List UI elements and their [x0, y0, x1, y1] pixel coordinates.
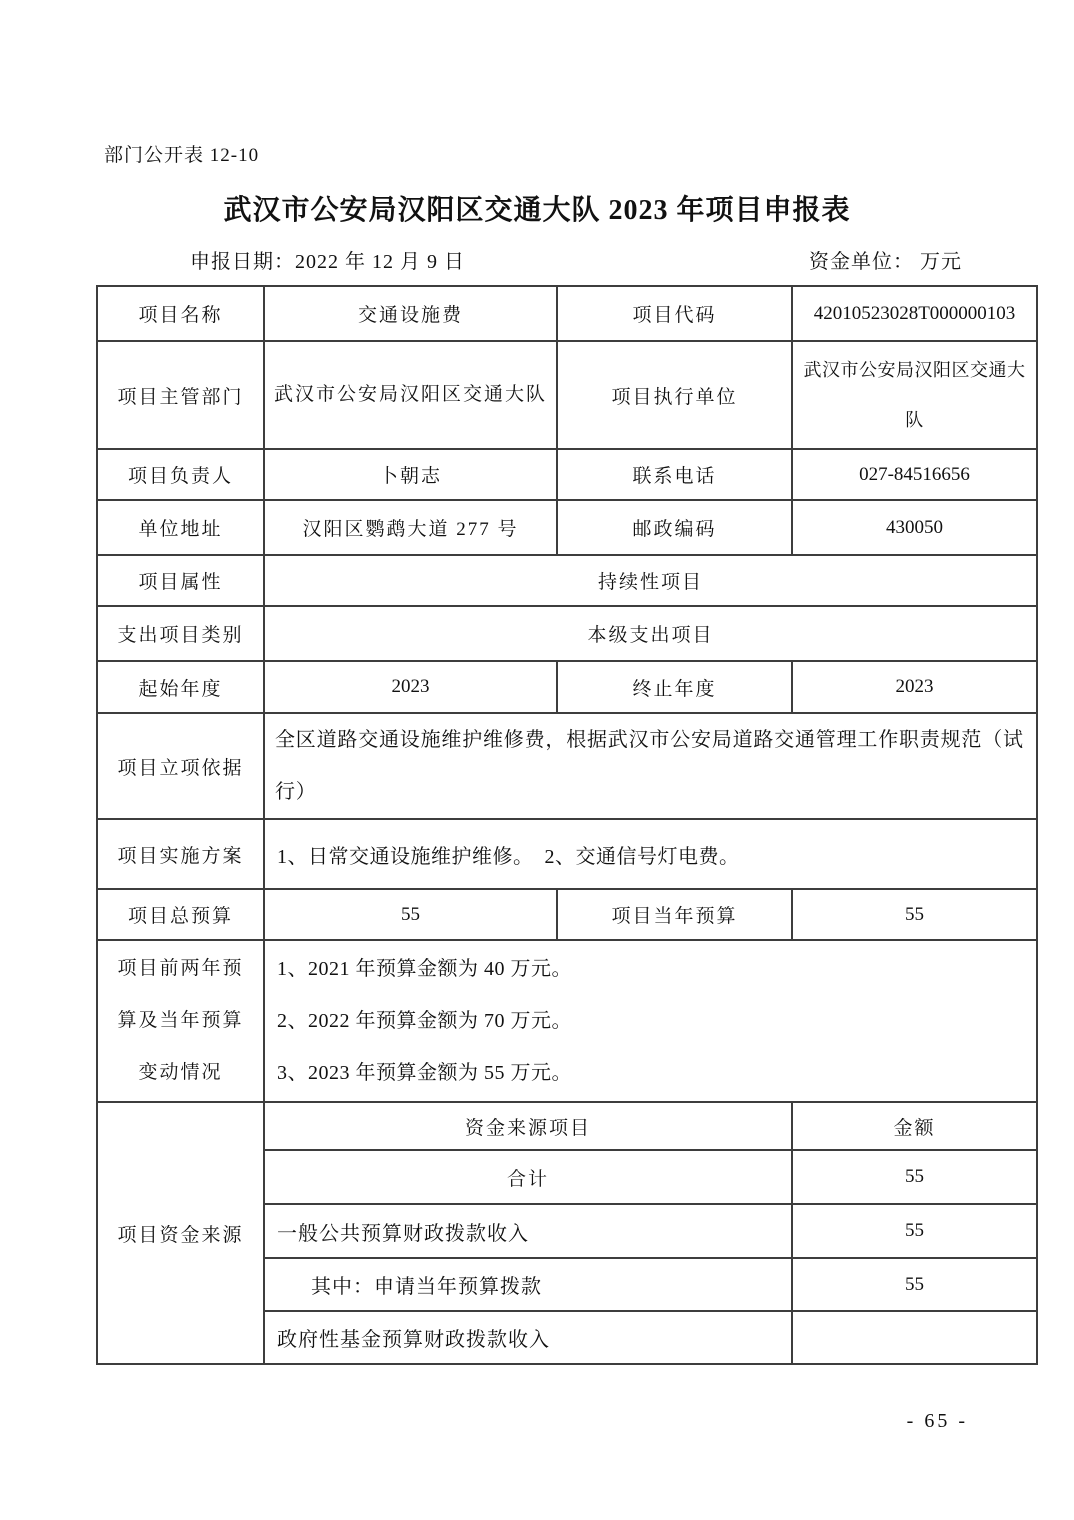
row-attribute: 项目属性 持续性项目	[97, 555, 1037, 606]
row-budget: 项目总预算 55 项目当年预算 55	[97, 889, 1037, 940]
project-application-table: 项目名称 交通设施费 项目代码 42010523028T000000103 项目…	[96, 285, 1038, 1365]
plan-value-cell: 1、日常交通设施维护维修。 2、交通信号灯电费。	[264, 819, 1037, 889]
address-label-cell: 单位地址	[97, 500, 264, 555]
supervisor-dept-value-cell: 武汉市公安局汉阳区交通大队	[264, 341, 557, 449]
current-budget-label-cell: 项目当年预算	[557, 889, 792, 940]
funding-source-label-cell: 项目资金来源	[97, 1102, 264, 1364]
row-expense-type: 支出项目类别 本级支出项目	[97, 606, 1037, 661]
row-years: 起始年度 2023 终止年度 2023	[97, 661, 1037, 713]
attribute-label-cell: 项目属性	[97, 555, 264, 606]
expense-type-label-cell: 支出项目类别	[97, 606, 264, 661]
declare-date-label: 申报日期：2022 年 12 月 9 日	[190, 245, 465, 274]
postcode-label-cell: 邮政编码	[557, 500, 792, 555]
funding-current-year-amount-cell: 55	[792, 1258, 1037, 1311]
funding-total-amount-cell: 55	[792, 1150, 1037, 1204]
funding-col-amount-header-cell: 金额	[792, 1102, 1037, 1150]
start-year-value-cell: 2023	[264, 661, 557, 713]
row-funding-header: 项目资金来源 资金来源项目 金额	[97, 1102, 1037, 1150]
budget-history-line: 2、2022 年预算金额为 70 万元。	[277, 995, 1024, 1047]
funding-general-source-cell: 一般公共预算财政拨款收入	[264, 1204, 792, 1258]
budget-history-line: 1、2021 年预算金额为 40 万元。	[277, 943, 1024, 995]
budget-history-label-line: 项目前两年预	[104, 943, 257, 995]
budget-history-label-line: 算及当年预算	[104, 995, 257, 1047]
funding-general-amount-cell: 55	[792, 1204, 1037, 1258]
executing-unit-label-cell: 项目执行单位	[557, 341, 792, 449]
funding-current-year-source-cell: 其中：申请当年预算拨款	[264, 1258, 792, 1311]
budget-history-value-cell: 1、2021 年预算金额为 40 万元。 2、2022 年预算金额为 70 万元…	[264, 940, 1037, 1102]
budget-history-label-cell: 项目前两年预 算及当年预算 变动情况	[97, 940, 264, 1102]
row-leader: 项目负责人 卜朝志 联系电话 027-84516656	[97, 449, 1037, 500]
plan-label-cell: 项目实施方案	[97, 819, 264, 889]
phone-value-cell: 027-84516656	[792, 449, 1037, 500]
doc-number-label: 部门公开表 12-10	[104, 140, 259, 167]
total-budget-value-cell: 55	[264, 889, 557, 940]
budget-history-label-line: 变动情况	[104, 1047, 257, 1099]
row-supervisor-dept: 项目主管部门 武汉市公安局汉阳区交通大队 项目执行单位 武汉市公安局汉阳区交通大…	[97, 341, 1037, 449]
basis-label-cell: 项目立项依据	[97, 713, 264, 819]
row-project-name: 项目名称 交通设施费 项目代码 42010523028T000000103	[97, 286, 1037, 341]
total-budget-label-cell: 项目总预算	[97, 889, 264, 940]
project-code-value-cell: 42010523028T000000103	[792, 286, 1037, 341]
basis-value-cell: 全区道路交通设施维护维修费，根据武汉市公安局道路交通管理工作职责规范（试行）	[264, 713, 1037, 819]
document-page: 部门公开表 12-10 武汉市公安局汉阳区交通大队 2023 年项目申报表 申报…	[0, 0, 1074, 1520]
end-year-label-cell: 终止年度	[557, 661, 792, 713]
supervisor-dept-label-cell: 项目主管部门	[97, 341, 264, 449]
row-budget-history: 项目前两年预 算及当年预算 变动情况 1、2021 年预算金额为 40 万元。 …	[97, 940, 1037, 1102]
funding-gov-fund-amount-cell	[792, 1311, 1037, 1364]
end-year-value-cell: 2023	[792, 661, 1037, 713]
project-code-label-cell: 项目代码	[557, 286, 792, 341]
funding-gov-fund-source-cell: 政府性基金预算财政拨款收入	[264, 1311, 792, 1364]
row-address: 单位地址 汉阳区鹦鹉大道 277 号 邮政编码 430050	[97, 500, 1037, 555]
row-plan: 项目实施方案 1、日常交通设施维护维修。 2、交通信号灯电费。	[97, 819, 1037, 889]
budget-history-line: 3、2023 年预算金额为 55 万元。	[277, 1047, 1024, 1099]
fund-unit-label: 资金单位： 万元	[809, 245, 962, 274]
funding-total-source-cell: 合计	[264, 1150, 792, 1204]
expense-type-value-cell: 本级支出项目	[264, 606, 1037, 661]
postcode-value-cell: 430050	[792, 500, 1037, 555]
funding-col-source-header-cell: 资金来源项目	[264, 1102, 792, 1150]
row-basis: 项目立项依据 全区道路交通设施维护维修费，根据武汉市公安局道路交通管理工作职责规…	[97, 713, 1037, 819]
address-value-cell: 汉阳区鹦鹉大道 277 号	[264, 500, 557, 555]
executing-unit-value-cell: 武汉市公安局汉阳区交通大队	[792, 341, 1037, 449]
page-number: - 65 -	[907, 1410, 968, 1433]
project-name-value-cell: 交通设施费	[264, 286, 557, 341]
start-year-label-cell: 起始年度	[97, 661, 264, 713]
project-name-label-cell: 项目名称	[97, 286, 264, 341]
page-title: 武汉市公安局汉阳区交通大队 2023 年项目申报表	[0, 188, 1074, 228]
leader-value-cell: 卜朝志	[264, 449, 557, 500]
current-budget-value-cell: 55	[792, 889, 1037, 940]
leader-label-cell: 项目负责人	[97, 449, 264, 500]
meta-row: 申报日期：2022 年 12 月 9 日 资金单位： 万元	[190, 245, 962, 274]
phone-label-cell: 联系电话	[557, 449, 792, 500]
attribute-value-cell: 持续性项目	[264, 555, 1037, 606]
